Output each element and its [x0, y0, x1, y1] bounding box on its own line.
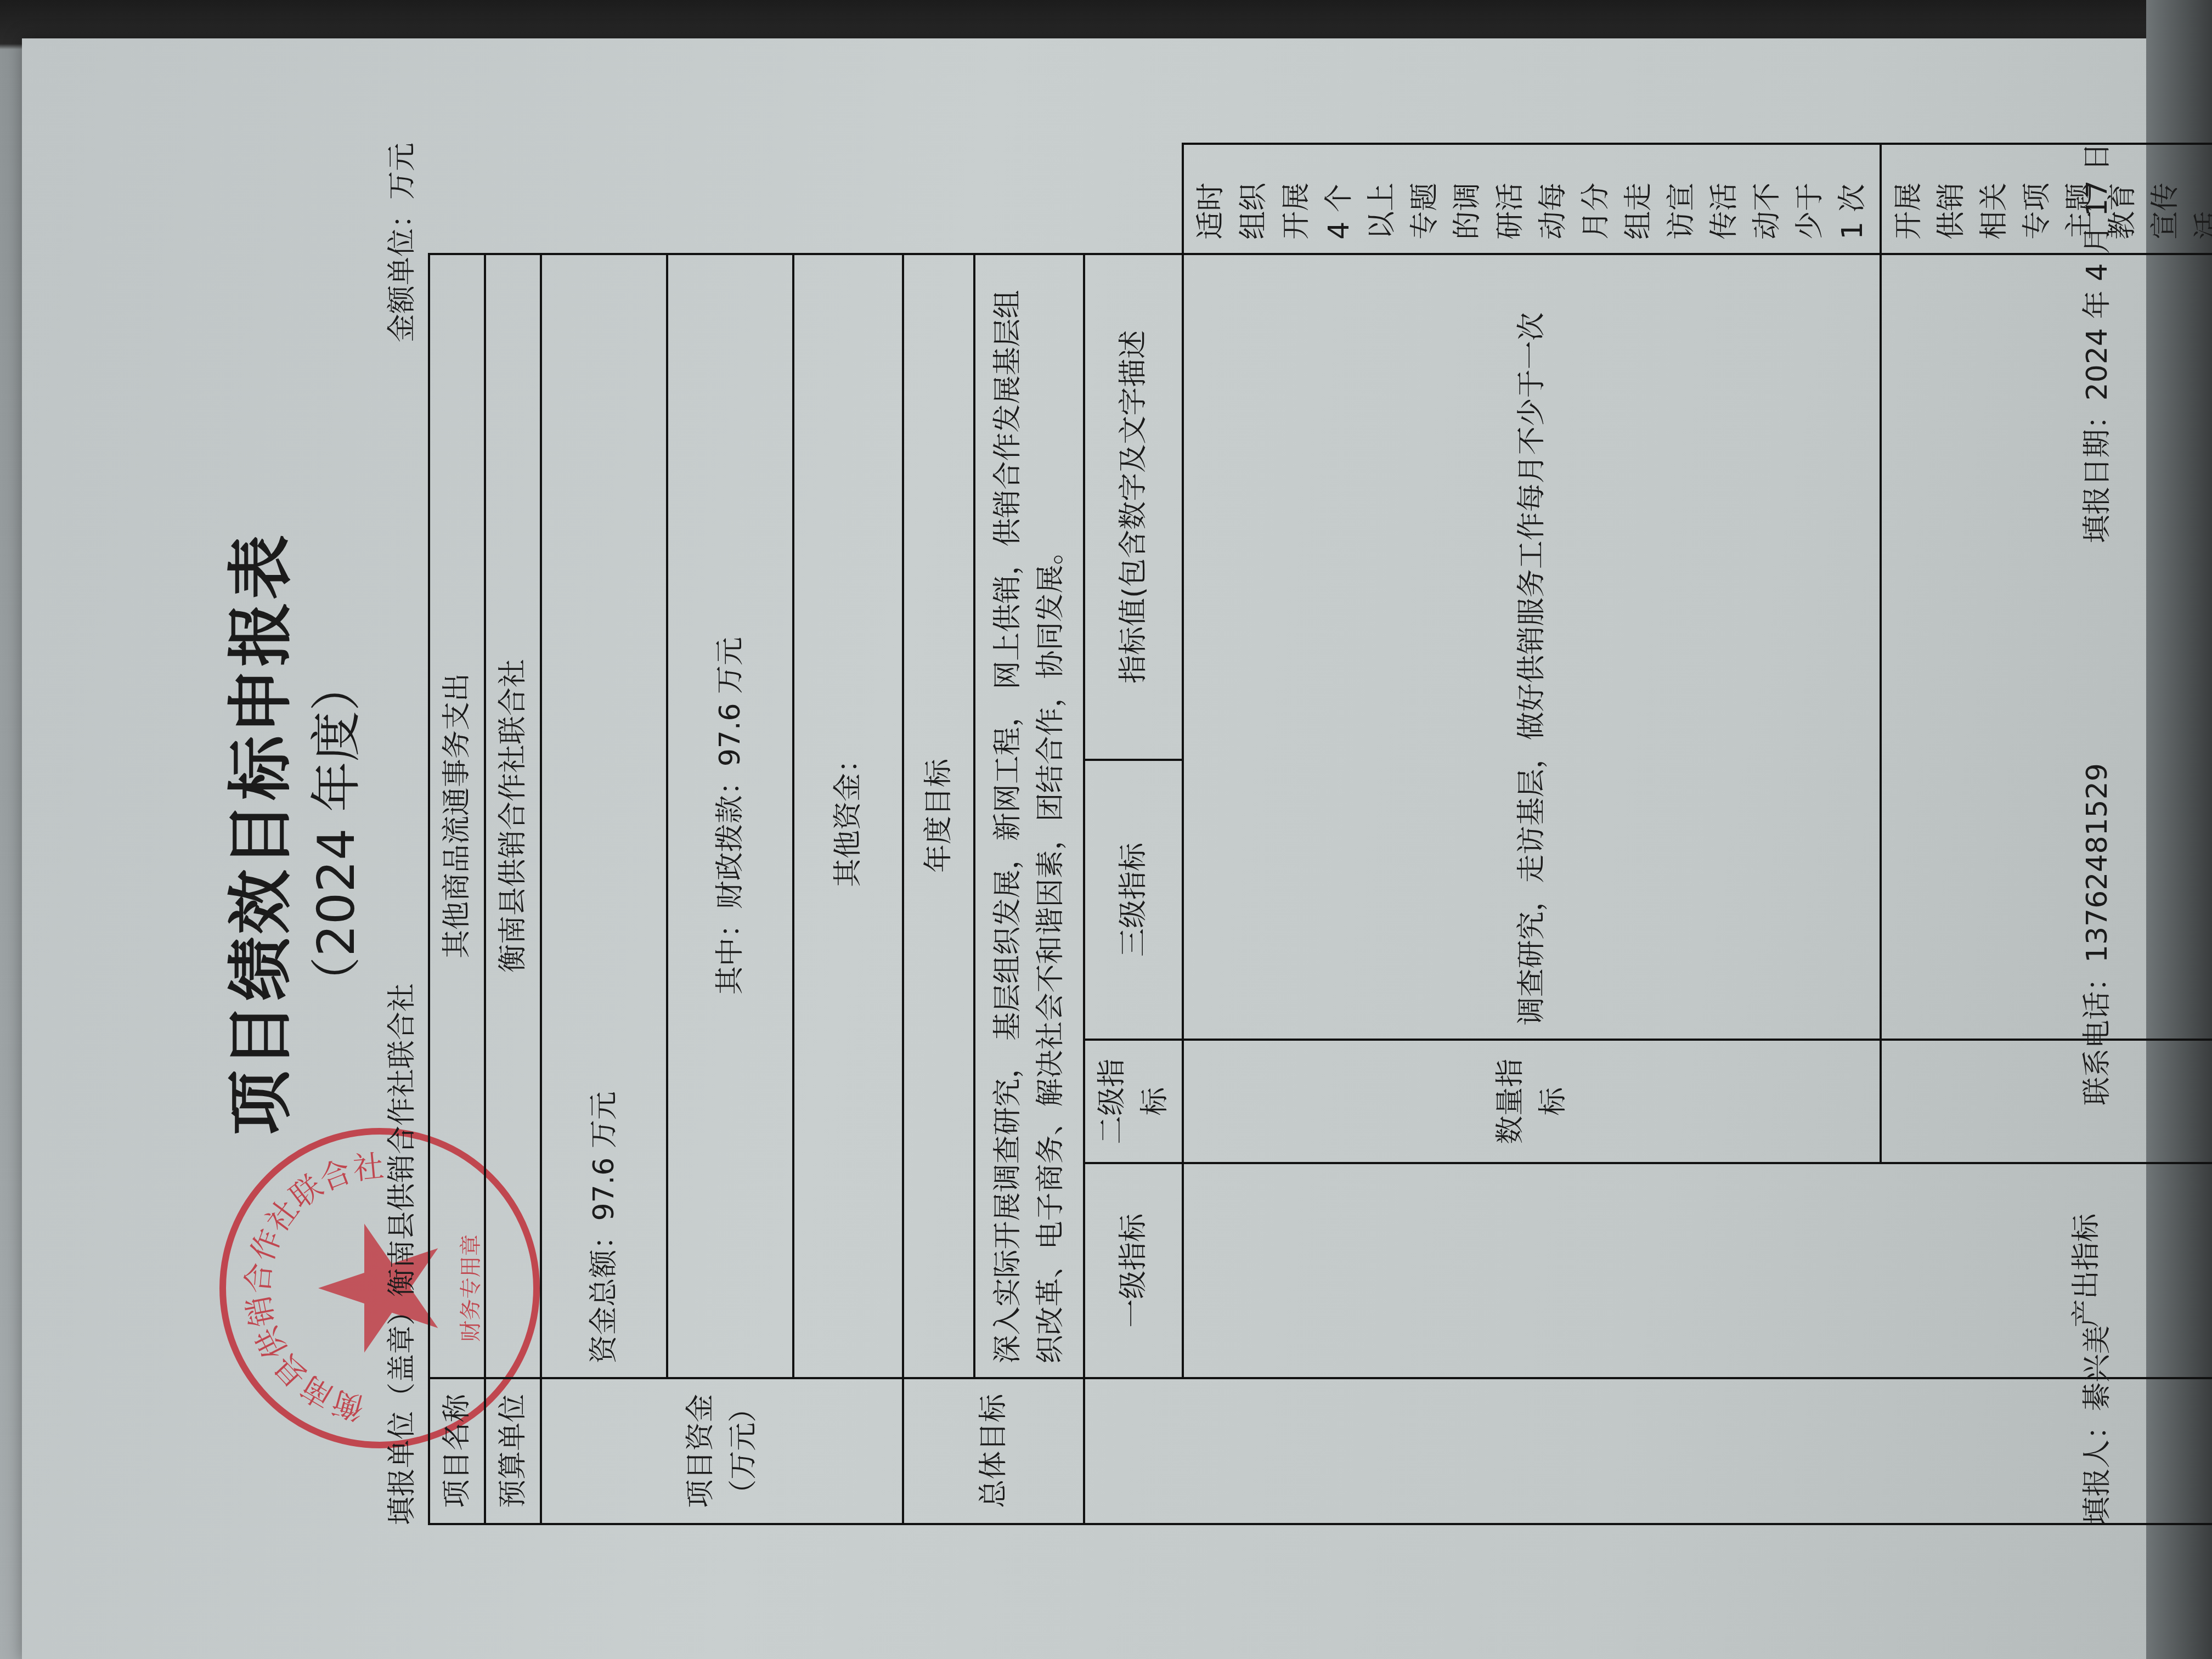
level3-cell: 覆盖面广、合格率高	[1881, 254, 2212, 1040]
funds-label: 项目资金（万元）	[541, 1378, 903, 1524]
row-funds-fiscal: 其中：财政拨款：97.6 万元	[667, 144, 793, 1524]
row-project-name: 项目名称 其他商品流通事务支出	[429, 144, 485, 1524]
level1-output: 产出指标	[1183, 1163, 2212, 1378]
form-footer: 填报人：綦兴美 联系电话：13762481529 填报日期：2024 年 4 月…	[2074, 143, 2115, 1525]
level2-cell: 数量指标	[1183, 1040, 1881, 1163]
amount-unit: 金额单位：万元	[379, 143, 420, 342]
filler-name: 填报人：綦兴美	[2074, 1325, 2115, 1525]
row-funds-other: 其他资金：	[793, 144, 903, 1524]
row-budget-unit: 预算单位 衡南县供销合作社联合社	[485, 144, 541, 1524]
perf-header-row: 绩效指标 一级指标 二级指标 三级指标 指标值(包含数字及文字描述	[1084, 144, 1183, 1524]
fill-date: 填报日期：2024 年 4 月 17 日	[2074, 143, 2115, 543]
header-level2: 二级指标	[1084, 1040, 1183, 1163]
annual-goal-text: 深入实际开展调查研究， 基层组织发展，新网工程， 网上供销，供销合作发展基层组织…	[974, 254, 1084, 1378]
header-value: 指标值(包含数字及文字描述	[1084, 254, 1183, 760]
annual-goal-header: 年度目标	[903, 254, 974, 1378]
reporting-unit: 填报单位（盖章）衡南县供销合作社联合社	[379, 983, 420, 1525]
header-level1: 一级指标	[1084, 1163, 1183, 1378]
row-goal-text: 深入实际开展调查研究， 基层组织发展，新网工程， 网上供销，供销合作发展基层组织…	[974, 144, 1084, 1524]
performance-target-form: 项目绩效目标申报表 （2024 年度） 衡南县供销合作社联合社 财务专用章 填报…	[187, 121, 2140, 1547]
funds-fiscal: 其中：财政拨款：97.6 万元	[667, 254, 793, 1378]
project-name-value: 其他商品流通事务支出	[429, 254, 485, 1378]
funds-other: 其他资金：	[793, 254, 903, 1378]
funds-total: 资金总额：97.6 万元	[541, 254, 667, 1378]
budget-unit-value: 衡南县供销合作社联合社	[485, 254, 541, 1378]
contact-phone: 联系电话：13762481529	[2074, 763, 2115, 1105]
project-name-label: 项目名称	[429, 1378, 485, 1524]
value-cell: 适时组织开展 4 个以上专题的调研活动每月分组走访宣传活动不少于 1 次	[1183, 144, 1881, 254]
header-level3: 三级指标	[1084, 760, 1183, 1040]
value-cell: 开展供销相关专项主题教育宣传活动，参与人员代表广泛，参与率 85%以上。	[1881, 144, 2212, 254]
budget-unit-label: 预算单位	[485, 1378, 541, 1524]
form-table: 项目名称 其他商品流通事务支出 预算单位 衡南县供销合作社联合社 项目资金（万元…	[428, 143, 2212, 1525]
level3-cell: 调查研究，走访基层，做好供销服务工作每月不少于一次	[1183, 254, 1881, 1040]
table-row: 产出指标 数量指标 调查研究，走访基层，做好供销服务工作每月不少于一次 适时组织…	[1183, 144, 1881, 1524]
overall-goal-label: 总体目标	[903, 1378, 1084, 1524]
level2-cell: 质量指标	[1881, 1040, 2212, 1163]
performance-label: 绩效指标	[1084, 1378, 2212, 1524]
row-funds-total: 项目资金（万元） 资金总额：97.6 万元	[541, 144, 667, 1524]
row-goal-header: 总体目标 年度目标	[903, 144, 974, 1524]
